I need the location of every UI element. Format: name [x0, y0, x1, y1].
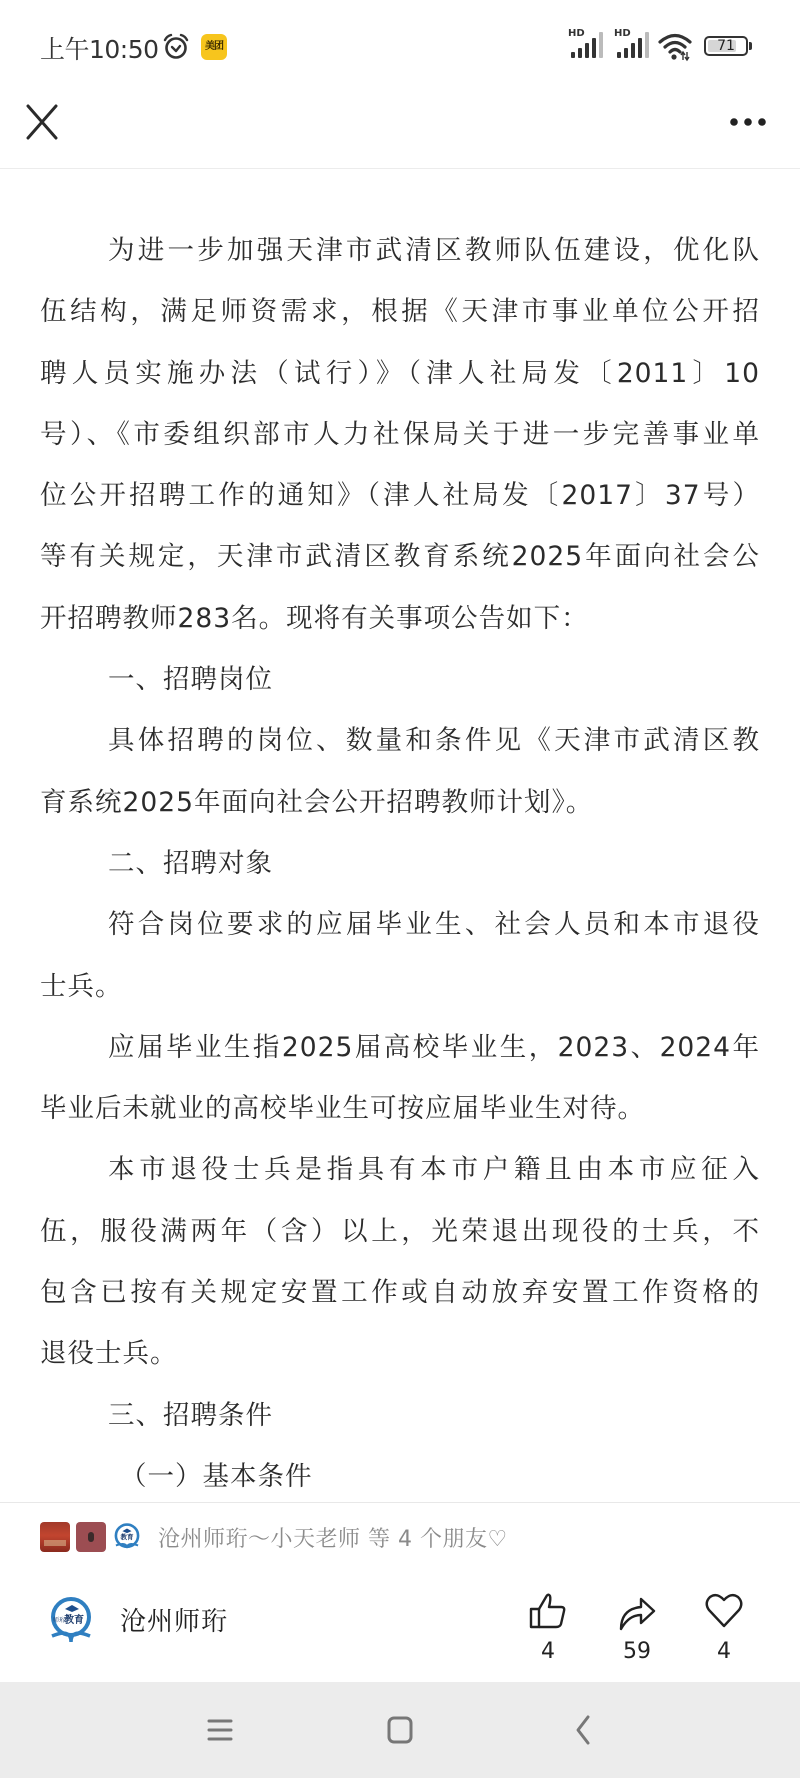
battery-icon: 71 [704, 36, 748, 56]
share-icon [617, 1591, 657, 1631]
section-heading: （一）基本条件 [40, 1446, 760, 1507]
section-heading: 二、招聘对象 [40, 833, 760, 894]
paragraph-line: 包含已按有关规定安置工作或自动放弃安置工作资格的 [40, 1262, 760, 1323]
paragraph-line: 具体招聘的岗位、数量和条件见《天津市武清区教 [40, 710, 760, 771]
svg-text:教育: 教育 [120, 1532, 134, 1541]
top-bar [0, 90, 800, 169]
status-bar: 上午10:50 美团 HD HD [0, 0, 800, 90]
paragraph-line: 开招聘教师283名。现将有关事项公告如下： [40, 588, 760, 649]
author-avatar[interactable]: 教育 师珩 [48, 1596, 94, 1642]
paragraph-line: 位公开招聘工作的通知》（津人社局发〔2017〕37号） [40, 465, 760, 526]
battery-level: 71 [706, 37, 746, 55]
paragraph-line: 本市退役士兵是指具有本市户籍且由本市应征入 [40, 1139, 760, 1200]
cell-signal-icon-2: HD [614, 28, 654, 62]
paragraph-line: 符合岗位要求的应届毕业生、社会人员和本市退役 [40, 894, 760, 955]
paragraph-line: 毕业后未就业的高校毕业生可按应届毕业生对待。 [40, 1078, 760, 1139]
section-heading: 三、招聘条件 [40, 1385, 760, 1446]
paragraph-line: 退役士兵。 [40, 1323, 760, 1384]
section-heading: 一、招聘岗位 [40, 649, 760, 710]
paragraph-line: 伍，服役满两年（含）以上，光荣退出现役的士兵，不 [40, 1201, 760, 1262]
more-options-icon [728, 102, 772, 142]
close-icon [22, 102, 62, 142]
share-count: 59 [607, 1639, 667, 1664]
alarm-clock-icon [162, 33, 190, 61]
paragraph-line: 为进一步加强天津市武清区教师队伍建设，优化队 [40, 220, 760, 281]
like-count: 4 [518, 1639, 578, 1664]
favorite-button[interactable]: 4 [694, 1591, 754, 1664]
friend-avatar-1 [40, 1522, 70, 1552]
system-nav-bar [0, 1682, 800, 1778]
thumbs-up-icon [528, 1591, 568, 1631]
paragraph-line: 伍结构，满足师资需求，根据《天津市事业单位公开招 [40, 281, 760, 342]
recent-apps-button[interactable] [200, 1710, 240, 1750]
home-square-icon [380, 1710, 420, 1750]
article-body: 为进一步加强天津市武清区教师队伍建设，优化队伍结构，满足师资需求，根据《天津市事… [40, 220, 760, 1507]
svg-text:教育: 教育 [63, 1613, 84, 1626]
paragraph-line: 应届毕业生指2025届高校毕业生，2023、2024年 [40, 1017, 760, 1078]
menu-icon [200, 1710, 240, 1750]
back-button[interactable] [564, 1710, 604, 1750]
share-button[interactable]: 59 [607, 1591, 667, 1664]
battery-tip [749, 42, 752, 50]
paragraph-line: 育系统2025年面向社会公开招聘教师计划》。 [40, 772, 760, 833]
heart-icon [704, 1591, 744, 1631]
paragraph-line: 士兵。 [40, 956, 760, 1017]
cell-signal-icon-1: HD [568, 28, 608, 62]
paragraph-line: 号）、《市委组织部市人力社保局关于进一步完善事业单 [40, 404, 760, 465]
author-name[interactable]: 沧州师珩 [120, 1601, 228, 1638]
close-button[interactable] [22, 102, 62, 142]
svg-text:师珩: 师珩 [53, 1616, 65, 1624]
paragraph-line: 等有关规定，天津市武清区教育系统2025年面向社会公 [40, 526, 760, 587]
status-time: 上午10:50 [40, 30, 159, 66]
meituan-notification-icon: 美团 [201, 34, 227, 60]
friend-avatar-3: 教育 [112, 1522, 142, 1552]
author-row: 教育 师珩 沧州师珩 4 59 4 [0, 1573, 800, 1683]
friends-liked-row[interactable]: 教育 沧州师珩～小天老师 等 4 个朋友♡ [40, 1521, 508, 1553]
wifi-icon [658, 32, 692, 62]
friends-liked-text: 沧州师珩～小天老师 等 4 个朋友♡ [158, 1522, 508, 1553]
like-button[interactable]: 4 [518, 1591, 578, 1664]
home-button[interactable] [380, 1710, 420, 1750]
back-chevron-icon [564, 1710, 604, 1750]
more-options-button[interactable] [728, 102, 772, 142]
paragraph-line: 聘人员实施办法（试行）》（津人社局发〔2011〕10 [40, 343, 760, 404]
article-footer: 教育 沧州师珩～小天老师 等 4 个朋友♡ 教育 师珩 沧州师珩 4 [0, 1502, 800, 1683]
friend-avatar-2 [76, 1522, 106, 1552]
favorite-count: 4 [694, 1639, 754, 1664]
